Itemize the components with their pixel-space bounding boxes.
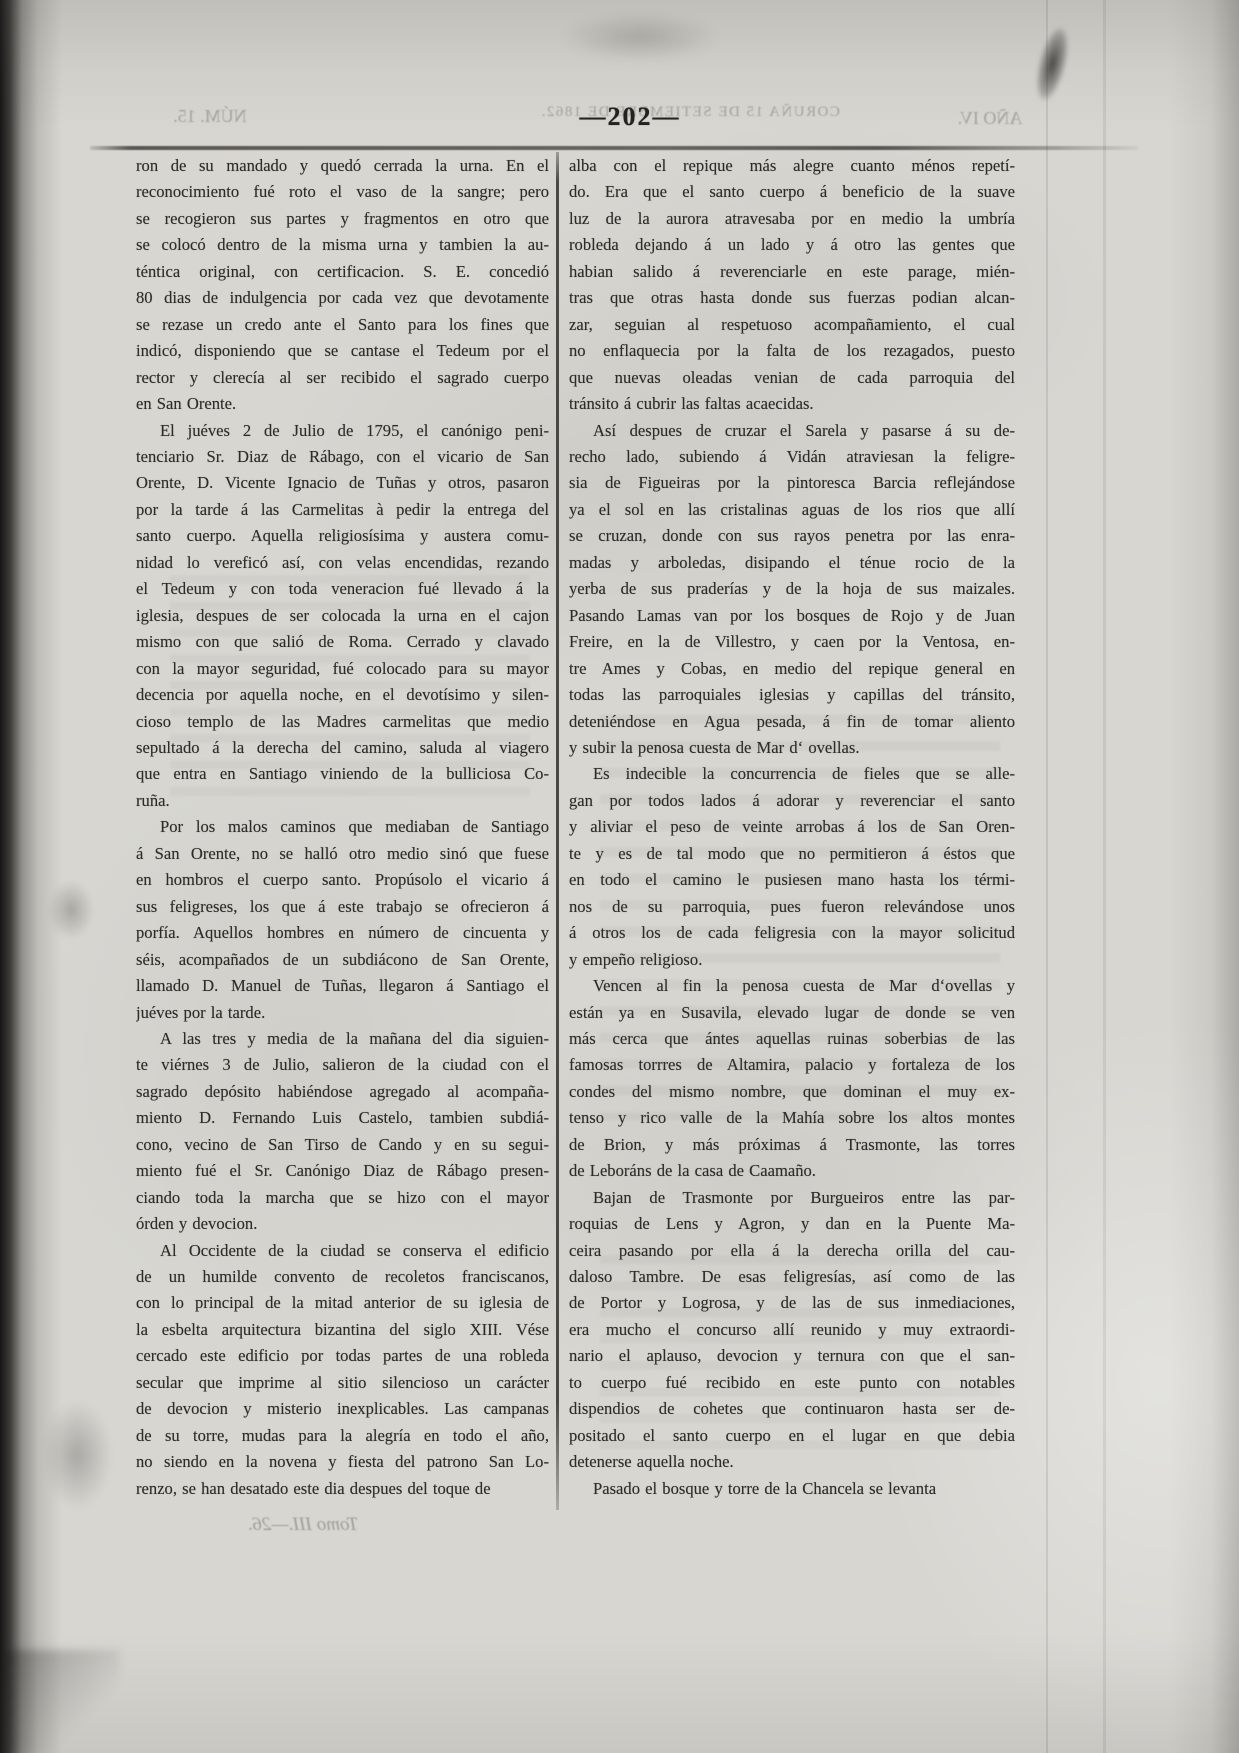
text-line: no siendo en la novena y fiesta del patr… <box>136 1452 549 1478</box>
text-line: sus feligreses, los que á este trabajo s… <box>136 897 549 923</box>
text-line: santo cuerpo. Aquella religiosísima y au… <box>136 526 549 552</box>
text-line: llamado D. Manuel de Tuñas, llegaron á S… <box>136 976 549 1002</box>
text-line: se cruzan, donde con sus rayos penetra p… <box>569 526 1015 552</box>
text-line: Bajan de Trasmonte por Burgueiros entre … <box>569 1188 1015 1214</box>
text-line: iglesia, despues de ser colocada la urna… <box>136 606 549 632</box>
text-line: más cerca que ántes aquellas ruinas sobe… <box>569 1029 1015 1055</box>
text-line: rector y clerecía al ser recibido el sag… <box>136 368 549 394</box>
column-divider <box>556 152 559 1510</box>
text-line: de su torre, mudas para la alegría en to… <box>136 1426 549 1452</box>
text-line: por la tarde á las Carmelitas à pedir la… <box>136 500 549 526</box>
text-line: tenciario Sr. Diaz de Rábago, con el vic… <box>136 447 549 473</box>
text-line: que entra en Santiago viniendo de la bul… <box>136 764 549 790</box>
bleedthrough-issue-number: NÚM. 15. <box>140 106 280 127</box>
text-line: 80 dias de indulgencia por cada vez que … <box>136 288 549 314</box>
text-line: juéves por la tarde. <box>136 1003 549 1029</box>
text-line: recho lado, subiendo á Vidán atraviesan … <box>569 447 1015 473</box>
text-line: to cuerpo fué recibido en este punto con… <box>569 1373 1015 1399</box>
text-line: sepultado á la derecha del camino, salud… <box>136 738 549 764</box>
text-line: á otros los de cada feligresia con la ma… <box>569 923 1015 949</box>
text-line: detenerse aquella noche. <box>569 1452 1015 1478</box>
bleedthrough-year: AÑO IV. <box>920 108 1060 129</box>
text-line: indicó, disponiendo que se cantase el Te… <box>136 341 549 367</box>
text-line: todas las parroquiales iglesias y capill… <box>569 685 1015 711</box>
text-line: de un humilde convento de recoletos fran… <box>136 1267 549 1293</box>
text-line: gan por todos lados á adorar y reverenci… <box>569 791 1015 817</box>
text-line: de Leboráns de la casa de Caamaño. <box>569 1161 1015 1187</box>
text-line: y empeño religioso. <box>569 950 1015 976</box>
text-line: Es indecible la concurrencia de fieles q… <box>569 764 1015 790</box>
text-line: condes del mismo nombre, que dominan el … <box>569 1082 1015 1108</box>
text-line: de Brion, y más próximas á Trasmonte, la… <box>569 1135 1015 1161</box>
text-line: Así despues de cruzar el Sarela y pasars… <box>569 421 1015 447</box>
text-line: cioso templo de las Madres carmelitas qu… <box>136 712 549 738</box>
text-line: dispendios de cohetes que continuaron ha… <box>569 1399 1015 1425</box>
page-number: —202— <box>548 102 712 132</box>
text-line: tras que otras hasta donde sus fuerzas p… <box>569 288 1015 314</box>
text-line: ceira pasando por ella á la derecha oril… <box>569 1241 1015 1267</box>
text-line: en todo el camino le pusiesen mano hasta… <box>569 870 1015 896</box>
book-page-scan: NÚM. 15. CORUÑA 15 DE SETIEMBRE DE 1862.… <box>0 0 1239 1753</box>
text-line: el Tedeum y con toda veneracion fué llev… <box>136 579 549 605</box>
text-line: secular que imprime al sitio silencioso … <box>136 1373 549 1399</box>
text-line: robleda dejando á un lado y á otro las g… <box>569 235 1015 261</box>
text-line: nos de su parroquia, pues fueron releván… <box>569 897 1015 923</box>
text-line: ron de su mandado y quedó cerrada la urn… <box>136 156 549 182</box>
text-line: y aliviar el peso de veinte arrobas á lo… <box>569 817 1015 843</box>
text-line: tre Ames y Cobas, en medio del repique g… <box>569 659 1015 685</box>
text-line: decencia por aquella noche, en el devotí… <box>136 685 549 711</box>
text-line: Por los malos caminos que mediaban de Sa… <box>136 817 549 843</box>
text-line: mismo con que salió de Roma. Cerrado y c… <box>136 632 549 658</box>
text-line: reconocimiento fué roto el vaso de la sa… <box>136 182 549 208</box>
text-line: yerba de sus praderías y de la hoja de s… <box>569 579 1015 605</box>
text-line: ciando toda la marcha que se hizo con el… <box>136 1188 549 1214</box>
text-line: positado el santo cuerpo en el lugar en … <box>569 1426 1015 1452</box>
text-line: ruña. <box>136 791 549 817</box>
text-line: Pasado el bosque y torre de la Chancela … <box>569 1479 1015 1505</box>
text-line: nidad lo verefіcó así, con velas encendi… <box>136 553 549 579</box>
text-line: El juéves 2 de Julio de 1795, el canónig… <box>136 421 549 447</box>
text-line: Freire, en la de Villestro, y caen por l… <box>569 632 1015 658</box>
bleedthrough-tomo-footer: Tomo III.—26. <box>168 1514 438 1536</box>
text-line: en hombros el cuerpo santo. Propúsolo el… <box>136 870 549 896</box>
column-right: alba con el repique más alegre cuanto mé… <box>569 156 1015 1505</box>
text-line: roquias de Lens y Agron, y dan en la Pue… <box>569 1214 1015 1240</box>
text-line: Orente, D. Vicente Ignacio de Tuñas y ot… <box>136 473 549 499</box>
text-line: están ya en Susavila, elevado lugar de d… <box>569 1003 1015 1029</box>
text-line: do. Era que el santo cuerpo á beneficio … <box>569 182 1015 208</box>
text-line: porfía. Aquellos hombres en número de ci… <box>136 923 549 949</box>
text-line: en San Orente. <box>136 394 549 420</box>
text-line: téntica original, con certificacion. S. … <box>136 262 549 288</box>
text-line: era mucho el concurso allí reunido y muy… <box>569 1320 1015 1346</box>
text-line: con lo principal de la mitad anterior de… <box>136 1293 549 1319</box>
page-crease <box>1103 0 1106 1753</box>
smudge <box>0 1650 120 1753</box>
text-line: con la mayor seguridad, fué colocado par… <box>136 659 549 685</box>
text-line: cono, vecino de San Tirso de Cando y en … <box>136 1135 549 1161</box>
text-line: te y es de tal modo que no permitieron á… <box>569 844 1015 870</box>
page-crease <box>1046 0 1048 1753</box>
text-line: alba con el repique más alegre cuanto mé… <box>569 156 1015 182</box>
text-line: miento D. Fernando Luis Castelo, tambien… <box>136 1108 549 1134</box>
text-line: habian salido á reverenciarle en este pa… <box>569 262 1015 288</box>
text-line: á San Orente, no se halló otro medio sin… <box>136 844 549 870</box>
text-line: deteniéndose en Agua pesada, á fin de to… <box>569 712 1015 738</box>
text-line: zar, seguian al respetuoso acompañamient… <box>569 315 1015 341</box>
smudge <box>48 880 94 940</box>
text-line: famosas torrres de Altamira, palacio y f… <box>569 1055 1015 1081</box>
text-line: luz de la aurora atravesaba por en medio… <box>569 209 1015 235</box>
text-line: te viérnes 3 de Julio, salieron de la ci… <box>136 1055 549 1081</box>
text-line: cercado este edificio por todas partes d… <box>136 1346 549 1372</box>
text-line: se rezase un credo ante el Santo para lo… <box>136 315 549 341</box>
text-line: sagrado depósito habiéndose agregado al … <box>136 1082 549 1108</box>
text-line: daloso Tambre. De esas feligresías, así … <box>569 1267 1015 1293</box>
text-line: la esbelta arquitectura bizantina del si… <box>136 1320 549 1346</box>
text-line: órden y devocion. <box>136 1214 549 1240</box>
column-left: ron de su mandado y quedó cerrada la urn… <box>136 156 549 1505</box>
text-line: nario el aplauso, devocion y ternura con… <box>569 1346 1015 1372</box>
text-line: Pasando Lamas van por los bosques de Roj… <box>569 606 1015 632</box>
text-line: A las tres y media de la mañana del dia … <box>136 1029 549 1055</box>
text-line: tenso y rico valle de la Mahía sobre los… <box>569 1108 1015 1134</box>
text-line: y subir la penosa cuesta de Mar d‘ ovell… <box>569 738 1015 764</box>
text-line: de devocion y misterio inexplicables. La… <box>136 1399 549 1425</box>
text-line: de Portor y Logrosa, y de las de sus inm… <box>569 1293 1015 1319</box>
text-line: tránsito á cubrir las faltas acaecidas. <box>569 394 1015 420</box>
text-line: miento fué el Sr. Canónigo Diaz de Rábag… <box>136 1161 549 1187</box>
text-line: se colocó dentro de la misma urna y tamb… <box>136 235 549 261</box>
text-line: séis, acompañados de un subdiácono de Sa… <box>136 950 549 976</box>
header-rule <box>90 146 1138 150</box>
text-line: Al Occidente de la ciudad se conserva el… <box>136 1241 549 1267</box>
text-line: no enflaquecia por la falta de los rezag… <box>569 341 1015 367</box>
text-line: ya el sol en las cristalinas aguas de lo… <box>569 500 1015 526</box>
smudge <box>42 1400 112 1510</box>
text-line: se recogieron sus partes y fragmentos en… <box>136 209 549 235</box>
text-line: renzo, se han desatado este dia despues … <box>136 1479 549 1505</box>
text-line: sia de Figueiras por la pintoresca Barci… <box>569 473 1015 499</box>
smudge <box>560 12 720 62</box>
text-line: madas y arboledas, disipando el ténue ro… <box>569 553 1015 579</box>
text-line: que nuevas oleadas venian de cada parroq… <box>569 368 1015 394</box>
text-line: Vencen al fin la penosa cuesta de Mar d‘… <box>569 976 1015 1002</box>
